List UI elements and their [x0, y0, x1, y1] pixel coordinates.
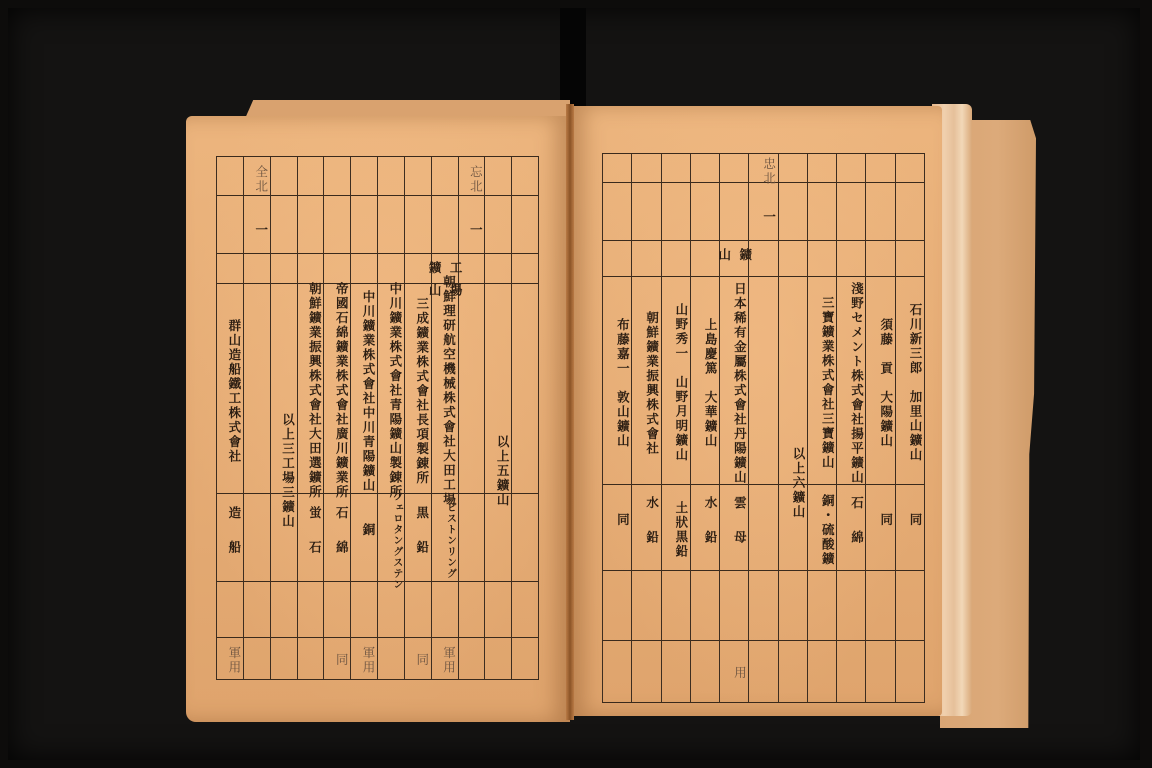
product-name: 雲母 — [720, 494, 748, 566]
table-column — [511, 157, 538, 679]
company-name: 山野秀一 山野月明鑛山 — [662, 286, 690, 480]
table-column: 忘北一 — [458, 157, 485, 679]
province-header: 全北 — [244, 163, 270, 195]
right-table: 石川新三郎 加里山鑛山同須藤 貢 大陽鑛山同淺野セメント株式會社揚平鑛山石綿三寶… — [602, 153, 925, 703]
product-name: 同 — [896, 494, 924, 566]
product-name: ピストンリング — [432, 503, 458, 577]
table-column: 忠北一 — [748, 154, 777, 702]
company-name: 上島慶篤 大華鑛山 — [691, 286, 719, 480]
company-name: 中川鑛業株式會社中川青陽鑛山 — [351, 293, 377, 489]
company-name: 群山造船鐵工株式會社 — [217, 293, 243, 489]
company-name: 三寶鑛業株式會社三寶鑛山 — [808, 286, 836, 480]
usage-note: 同 — [324, 645, 350, 675]
table-column: 上島慶篤 大華鑛山水鉛 — [690, 154, 719, 702]
product-name: 蛍石 — [298, 503, 324, 577]
product-name: 土狀黒鉛 — [662, 494, 690, 566]
product-name: 石綿 — [324, 503, 350, 577]
row-marker: 一 — [244, 207, 270, 253]
product-name: 銅・硫酸鑛 — [808, 494, 836, 566]
table-column: 中川鑛業株式會社中川青陽鑛山銅軍用 — [350, 157, 377, 679]
product-name: 水鉛 — [691, 494, 719, 566]
company-name: 須藤 貢 大陽鑛山 — [866, 286, 894, 480]
product-name: 石綿 — [837, 494, 865, 566]
left-table: 以上五鑛山忘北一工場鑛山朝鮮理研航空機械株式會社大田工場ピストンリング軍用三成鑛… — [216, 156, 539, 680]
product-name: 同 — [866, 494, 894, 566]
table-column: 三成鑛業株式會社長項製錬所黒鉛同 — [404, 157, 431, 679]
table-column: 山野秀一 山野月明鑛山土狀黒鉛 — [661, 154, 690, 702]
usage-note: 用 — [720, 648, 748, 698]
product-name: 造船 — [217, 503, 243, 577]
company-name: 日本稀有金屬株式會社丹陽鑛山 — [720, 286, 748, 480]
table-column: 群山造船鐵工株式會社造船軍用 — [216, 157, 243, 679]
company-name: 朝鮮鑛業振興株式會社 — [632, 286, 660, 480]
product-name: 水鉛 — [632, 494, 660, 566]
company-name: 中川鑛業株式會社青陽鑛山製錬所 — [378, 293, 404, 489]
table-column: 朝鮮鑛業振興株式會社大田選鑛所蛍石 — [297, 157, 324, 679]
province-header: 忘北 — [459, 163, 485, 195]
usage-note: 同 — [405, 645, 431, 675]
company-name: 朝鮮鑛業振興株式會社大田選鑛所 — [298, 293, 324, 489]
table-column: 以上三工場三鑛山 — [270, 157, 297, 679]
product-name: 同 — [603, 494, 631, 566]
table-column: 石川新三郎 加里山鑛山同 — [895, 154, 924, 702]
category-label: 鑛山 — [720, 248, 748, 274]
table-column: 中川鑛業株式會社青陽鑛山製錬所フェロタングステン — [377, 157, 404, 679]
table-column: 以上六鑛山 — [778, 154, 807, 702]
product-name: フェロタングステン — [378, 503, 404, 577]
company-name: 以上五鑛山 — [485, 293, 511, 569]
company-name: 布藤嘉一 敦山鑛山 — [603, 286, 631, 480]
row-marker: 一 — [459, 207, 485, 253]
company-name: 帝國石綿鑛業株式會社廣川鑛業所 — [324, 293, 350, 489]
usage-note: 軍用 — [351, 645, 377, 675]
company-name: 朝鮮理研航空機械株式會社大田工場 — [432, 293, 458, 489]
company-name: 石川新三郎 加里山鑛山 — [896, 286, 924, 480]
table-column: 三寶鑛業株式會社三寶鑛山銅・硫酸鑛 — [807, 154, 836, 702]
table-column: 工場鑛山朝鮮理研航空機械株式會社大田工場ピストンリング軍用 — [431, 157, 458, 679]
product-name: 黒鉛 — [405, 503, 431, 577]
company-name: 三成鑛業株式會社長項製錬所 — [405, 293, 431, 489]
table-column: 帝國石綿鑛業株式會社廣川鑛業所石綿同 — [323, 157, 350, 679]
company-name: 淺野セメント株式會社揚平鑛山 — [837, 286, 865, 480]
company-name: 以上三工場三鑛山 — [271, 293, 297, 569]
table-column: 須藤 貢 大陽鑛山同 — [865, 154, 894, 702]
row-marker: 一 — [749, 194, 777, 240]
province-header: 忠北 — [749, 160, 777, 182]
table-column: 全北一 — [243, 157, 270, 679]
book-gutter — [566, 104, 574, 720]
company-name: 以上六鑛山 — [779, 286, 807, 580]
table-column: 以上五鑛山 — [484, 157, 511, 679]
table-column: 朝鮮鑛業振興株式會社水鉛 — [631, 154, 660, 702]
frame-divider — [560, 8, 586, 108]
table-column: 淺野セメント株式會社揚平鑛山石綿 — [836, 154, 865, 702]
usage-note: 軍用 — [432, 645, 458, 675]
table-column: 鑛山日本稀有金屬株式會社丹陽鑛山雲母用 — [719, 154, 748, 702]
table-column: 布藤嘉一 敦山鑛山同 — [602, 154, 631, 702]
product-name: 銅 — [351, 503, 377, 577]
category-line: 鑛 — [736, 248, 754, 271]
usage-note: 軍用 — [217, 645, 243, 675]
